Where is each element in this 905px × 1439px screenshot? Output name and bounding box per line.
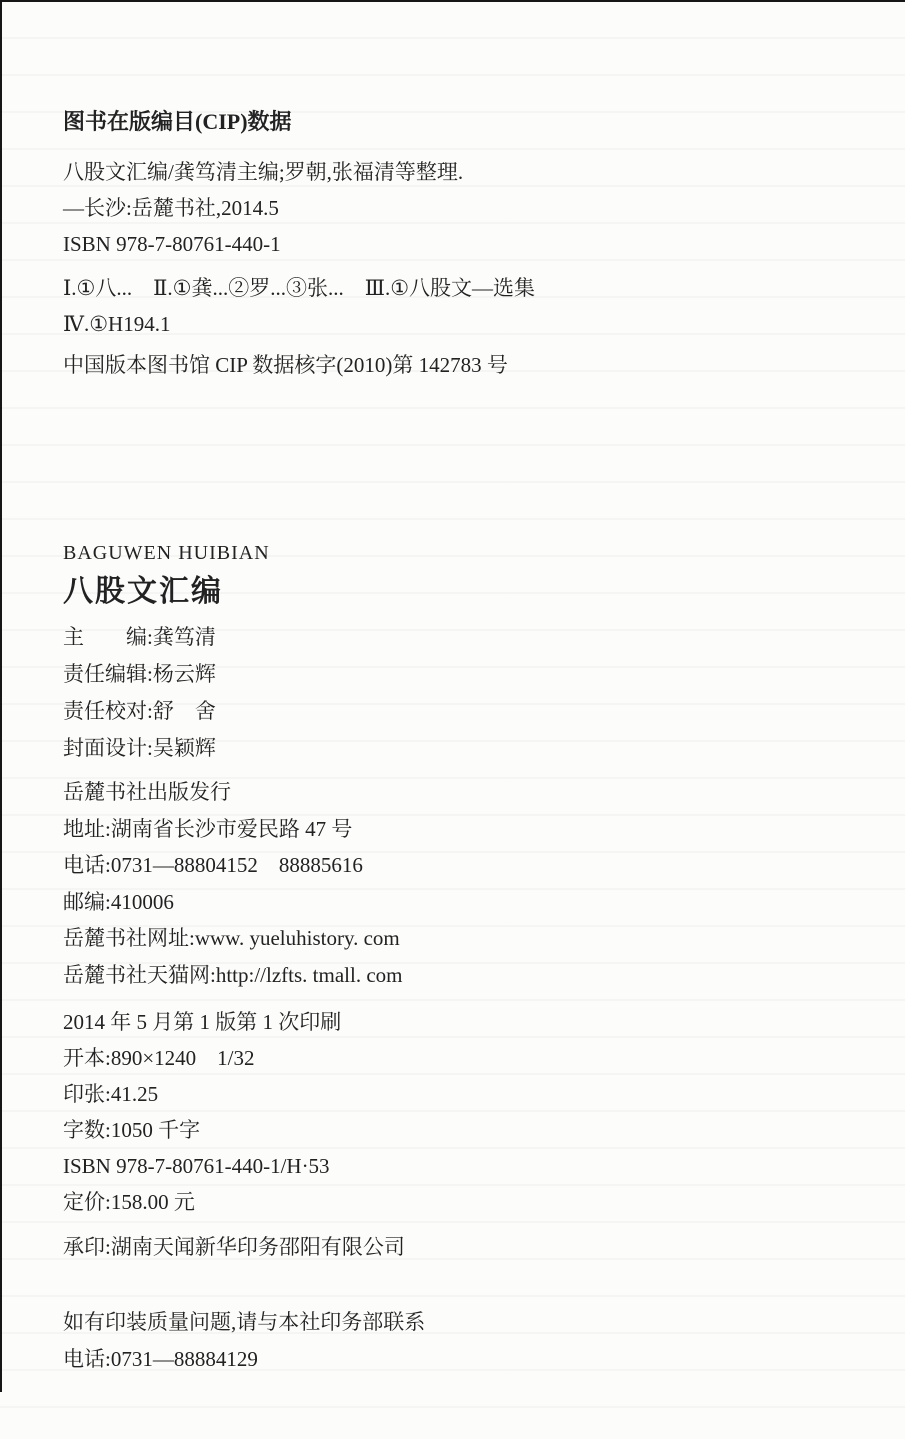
price-line: 定价:158.00 元: [63, 1184, 863, 1220]
cip-record-number-line: 中国版本图书馆 CIP 数据核字(2010)第 142783 号: [63, 347, 863, 383]
publisher-tmall-line: 岳麓书社天猫网:http://lzfts. tmall. com: [63, 957, 863, 994]
word-count-line: 字数:1050 千字: [63, 1112, 863, 1148]
cip-entry-line: ISBN 978-7-80761-440-1: [63, 226, 863, 262]
edition-line: 2014 年 5 月第 1 版第 1 次印刷: [63, 1004, 863, 1040]
romanized-title: BAGUWEN HUIBIAN: [63, 538, 863, 568]
cover-designer-line: 封面设计:吴颖辉: [63, 730, 863, 767]
publisher-address-line: 地址:湖南省长沙市爱民路 47 号: [63, 811, 863, 848]
quality-notice-block: 如有印装质量问题,请与本社印务部联系 电话:0731—88884129: [63, 1304, 863, 1378]
postal-code-line: 邮编:410006: [63, 884, 863, 921]
cip-classification-line: Ⅳ.①H194.1: [63, 306, 863, 342]
cip-entry-line: —长沙:岳麓书社,2014.5: [63, 190, 863, 226]
book-title: 八股文汇编: [63, 570, 863, 614]
colophon-page: 图书在版编目(CIP)数据 八股文汇编/龚笃清主编;罗朝,张福清等整理. —长沙…: [0, 0, 905, 1439]
cip-entry-line: 八股文汇编/龚笃清主编;罗朝,张福清等整理.: [63, 154, 863, 190]
publisher-block: 岳麓书社出版发行 地址:湖南省长沙市爱民路 47 号 电话:0731—88804…: [63, 774, 863, 993]
staff-credits-block: 主 编:龚笃清 责任编辑:杨云辉 责任校对:舒 舍 封面设计:吴颖辉: [63, 619, 863, 767]
cip-heading: 图书在版编目(CIP)数据: [63, 104, 863, 140]
publisher-line: 岳麓书社出版发行: [63, 774, 863, 811]
isbn-line: ISBN 978-7-80761-440-1/H·53: [63, 1148, 863, 1184]
service-phone-line: 电话:0731—88884129: [63, 1341, 863, 1378]
publisher-website-line: 岳麓书社网址:www. yueluhistory. com: [63, 920, 863, 957]
printer-line: 承印:湖南天闻新华印务邵阳有限公司: [63, 1229, 863, 1265]
colophon-content: 图书在版编目(CIP)数据 八股文汇编/龚笃清主编;罗朝,张福清等整理. —长沙…: [63, 0, 863, 1378]
scan-edge-left: [0, 0, 2, 1392]
format-line: 开本:890×1240 1/32: [63, 1040, 863, 1076]
cip-record-block: 中国版本图书馆 CIP 数据核字(2010)第 142783 号: [63, 347, 863, 383]
printer-block: 承印:湖南天闻新华印务邵阳有限公司: [63, 1229, 863, 1265]
responsible-editor-line: 责任编辑:杨云辉: [63, 656, 863, 693]
quality-notice-line: 如有印装质量问题,请与本社印务部联系: [63, 1304, 863, 1341]
cip-classification-block: Ⅰ.①八... Ⅱ.①龚...②罗...③张... Ⅲ.①八股文—选集 Ⅳ.①H…: [63, 270, 863, 342]
chief-editor-line: 主 编:龚笃清: [63, 619, 863, 656]
publisher-phone-line: 电话:0731—88804152 88885616: [63, 847, 863, 884]
printing-info-block: 2014 年 5 月第 1 版第 1 次印刷 开本:890×1240 1/32 …: [63, 1004, 863, 1220]
cip-classification-line: Ⅰ.①八... Ⅱ.①龚...②罗...③张... Ⅲ.①八股文—选集: [63, 270, 863, 306]
proofreader-line: 责任校对:舒 舍: [63, 693, 863, 730]
cip-entry-block: 八股文汇编/龚笃清主编;罗朝,张福清等整理. —长沙:岳麓书社,2014.5 I…: [63, 154, 863, 262]
sheets-line: 印张:41.25: [63, 1076, 863, 1112]
